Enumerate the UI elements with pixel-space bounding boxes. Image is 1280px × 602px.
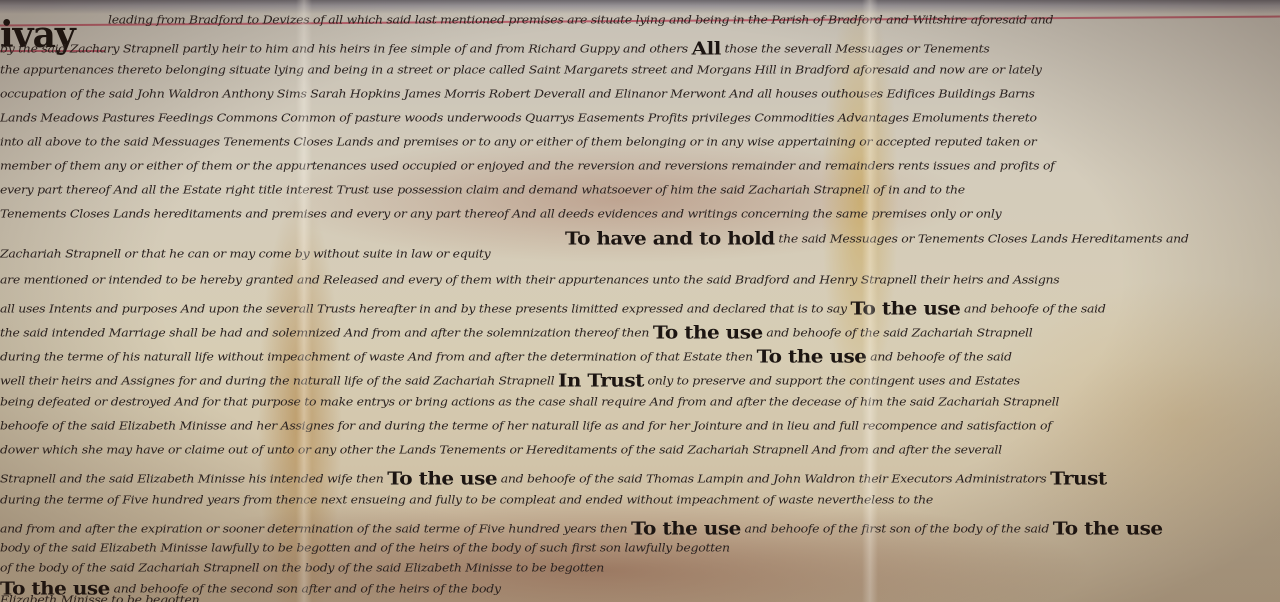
- emphasis-to-the-use: To the use: [1053, 517, 1163, 539]
- parchment-document: ivay leading from Bradford to Devizes of…: [0, 0, 1280, 602]
- text-line: are mentioned or intended to be hereby g…: [0, 273, 1059, 287]
- text-line: dower which she may have or claime out o…: [0, 443, 1002, 457]
- text-line: leading from Bradford to Devizes of all …: [108, 13, 1053, 27]
- emphasis-word: All: [692, 37, 721, 59]
- text-line: Tenements Closes Lands hereditaments and…: [0, 207, 1001, 221]
- text-line: every part thereof And all the Estate ri…: [0, 183, 965, 197]
- emphasis-to-the-use: To the use: [653, 321, 763, 343]
- text-line: Strapnell and the said Elizabeth Minisse…: [0, 467, 1107, 489]
- text-line: the appurtenances thereto belonging situ…: [0, 63, 1042, 77]
- text-line: Elizabeth Minisse to be begotten: [0, 593, 199, 602]
- text-line: being defeated or destroyed And for that…: [0, 395, 1059, 409]
- emphasis-to-the-use: To the use: [387, 467, 497, 489]
- emphasis-to-the-use: To the use: [631, 517, 741, 539]
- text-line: Lands Meadows Pastures Feedings Commons …: [0, 111, 1037, 125]
- text-line: body of the said Elizabeth Minisse lawfu…: [0, 541, 730, 555]
- text-line: and from and after the expiration or soo…: [0, 517, 1163, 539]
- text-line: Zachariah Strapnell or that he can or ma…: [0, 247, 490, 261]
- text-line: during the terme of his naturall life wi…: [0, 345, 1012, 367]
- fold-crease: [296, 0, 312, 602]
- text-line: member of them any or either of them or …: [0, 159, 1055, 173]
- emphasis-to-the-use: To the use: [757, 345, 867, 367]
- text-line: into all above to the said Messuages Ten…: [0, 135, 1036, 149]
- text-line: during the terme of Five hundred years f…: [0, 493, 933, 507]
- text-line: all uses Intents and purposes And upon t…: [0, 297, 1106, 319]
- emphasis-trust: Trust: [1050, 467, 1107, 489]
- text-line: by the said Zachary Strapnell partly hei…: [0, 37, 989, 59]
- fold-crease: [862, 0, 878, 602]
- text-line: occupation of the said John Waldron Anth…: [0, 87, 1035, 101]
- emphasis-in-trust: In Trust: [558, 369, 644, 391]
- emphasis-to-have-and-to-hold: To have and to hold: [565, 227, 775, 249]
- text-line: behoofe of the said Elizabeth Minisse an…: [0, 419, 1052, 433]
